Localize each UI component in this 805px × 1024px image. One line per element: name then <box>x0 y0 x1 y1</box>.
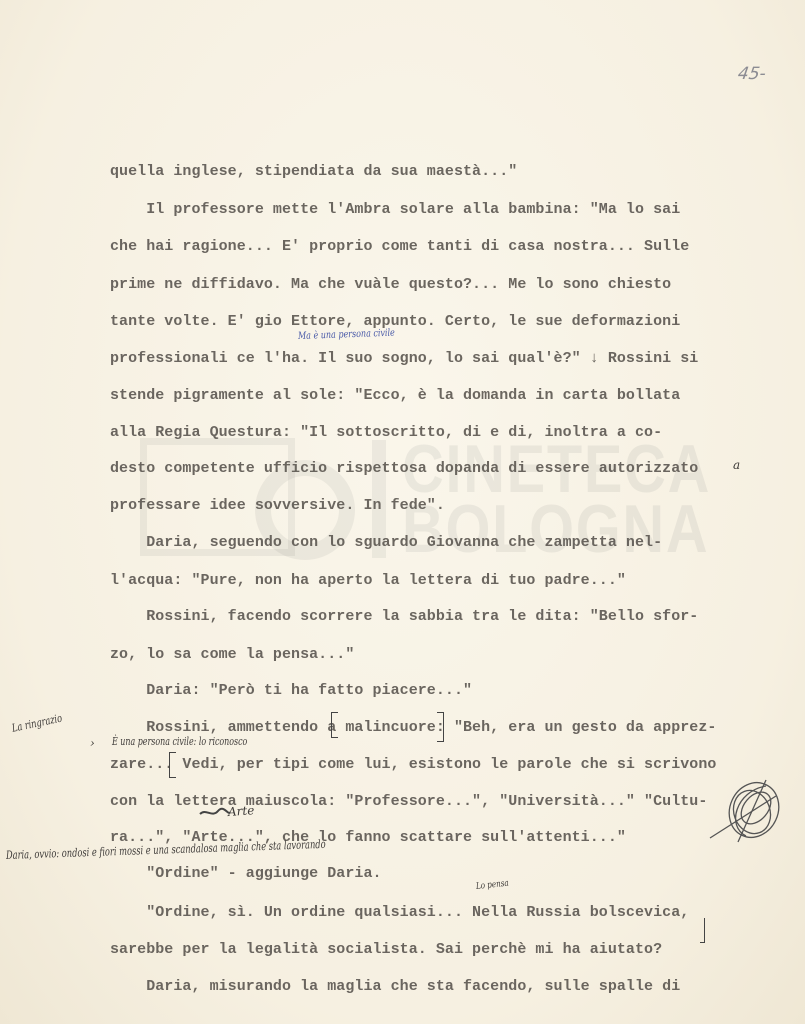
typed-line: Daria, misurando la maglia che sta facen… <box>110 978 680 995</box>
typed-line: tante volte. E' gio Ettore, appunto. Cer… <box>110 313 680 330</box>
annotation-above-nella: Lo pensa <box>475 879 509 892</box>
annotation-left-margin-la-ringrazio: La ringrazio <box>11 712 64 735</box>
typed-line: "Ordine, sì. Un ordine qualsiasi... Nell… <box>110 904 689 921</box>
typed-line: "Ordine" - aggiunge Daria. <box>110 865 382 882</box>
typed-line: quella inglese, stipendiata da sua maest… <box>110 163 517 180</box>
typed-line: Il professore mette l'Ambra solare alla … <box>110 201 680 218</box>
typed-line: sarebbe per la legalità socialista. Sai … <box>110 941 662 958</box>
typed-line: professionali ce l'ha. Il suo sogno, lo … <box>110 350 698 367</box>
bracket-open <box>331 712 338 738</box>
typed-line: prime ne diffidavo. Ma che vuàle questo?… <box>110 276 671 293</box>
typed-line: zare... Vedi, per tipi come lui, esiston… <box>110 756 716 773</box>
bracket-end <box>700 918 705 943</box>
annotation-right-margin-a: a <box>733 458 740 472</box>
typed-line: l'acqua: "Pure, non ha aperto la lettera… <box>110 572 626 589</box>
typed-line: che hai ragione... E' proprio come tanti… <box>110 238 689 255</box>
bracket-vedi <box>169 752 176 778</box>
typed-line: Daria: "Però ti ha fatto piacere..." <box>110 682 472 699</box>
typed-line: Rossini, ammettendo a malincuore: "Beh, … <box>110 719 716 736</box>
typed-line: desto competente ufficio rispettosa dopa… <box>110 460 698 477</box>
typed-line: Rossini, facendo scorrere la sabbia tra … <box>110 608 698 625</box>
typed-line: stende pigramente al sole: "Ecco, è la d… <box>110 387 680 404</box>
typed-line: zo, lo sa come la pensa..." <box>110 646 354 663</box>
document-page: CINETECA BOLOGNA 45- quella inglese, sti… <box>0 0 805 1024</box>
annotation-blue-interlinear: Ma è una persona civile <box>298 328 395 342</box>
strikethrough-mark-icon <box>198 806 232 820</box>
page-number: 45- <box>737 64 768 84</box>
annotation-insert-arrow: › <box>90 736 95 750</box>
typed-line: professare idee sovversive. In fede". <box>110 497 445 514</box>
watermark-line-2: BOLOGNA <box>402 490 709 568</box>
annotation-interlinear-civile: È una persona civile: lo riconosco <box>112 735 247 748</box>
bracket-close <box>437 712 444 742</box>
scribble-mark-icon <box>706 776 792 848</box>
typed-line: Daria, seguendo con lo sguardo Giovanna … <box>110 534 662 551</box>
typed-line: alla Regia Questura: "Il sottoscritto, d… <box>110 424 662 441</box>
